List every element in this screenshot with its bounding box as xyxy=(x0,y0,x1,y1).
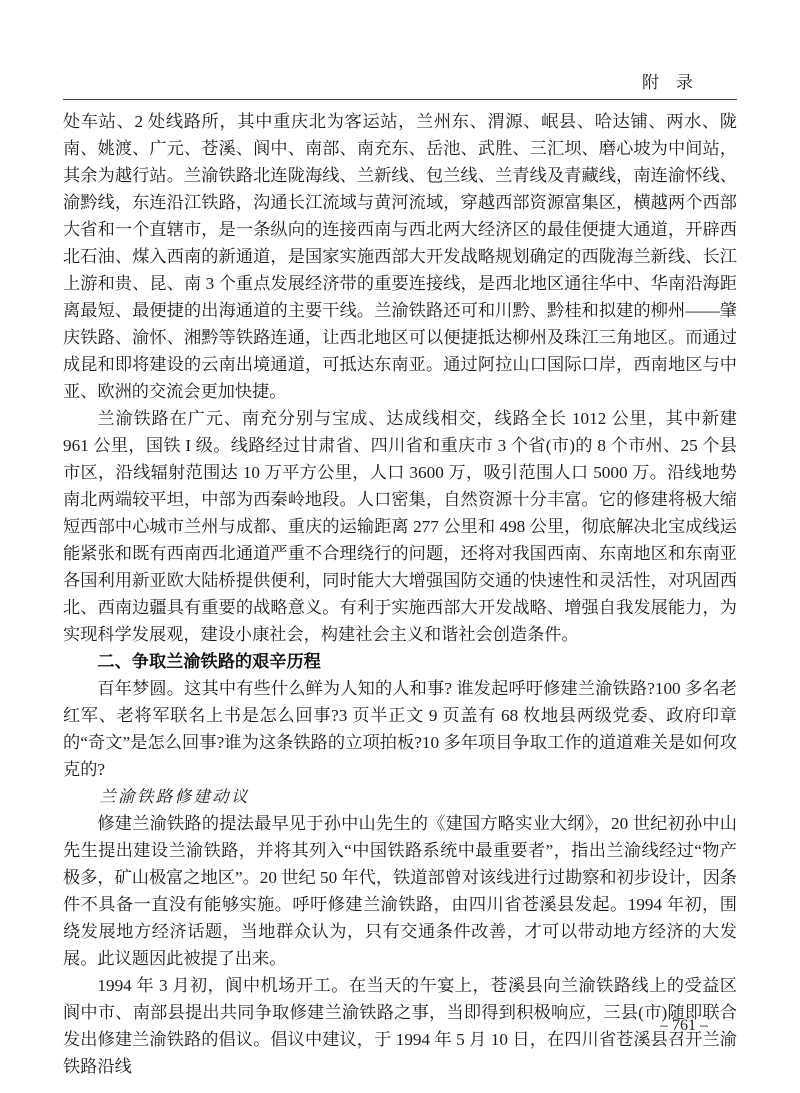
paragraph: 修建兰渝铁路的提法最早见于孙中山先生的《建国方略实业大纲》，20 世纪初孙中山先… xyxy=(63,810,737,972)
running-header-title: 附 录 xyxy=(642,73,693,92)
paragraph-continuation: 处车站、2 处线路所，其中重庆北为客运站，兰州东、渭源、岷县、哈达铺、两水、陇南… xyxy=(63,108,737,405)
paragraph: 兰渝铁路在广元、南充分别与宝成、达成线相交，线路全长 1012 公里，其中新建 … xyxy=(63,405,737,648)
document-page: 附 录 处车站、2 处线路所，其中重庆北为客运站，兰州东、渭源、岷县、哈达铺、两… xyxy=(0,0,800,1093)
page-content: 附 录 处车站、2 处线路所，其中重庆北为客运站，兰州东、渭源、岷县、哈达铺、两… xyxy=(63,0,737,1080)
paragraph: 百年梦圆。这其中有些什么鲜为人知的人和事? 谁发起呼吁修建兰渝铁路?100 多名… xyxy=(63,675,737,783)
page-number: – 761 – xyxy=(660,1012,708,1039)
running-header: 附 录 xyxy=(63,72,737,94)
subsection-heading: 兰渝铁路修建动议 xyxy=(63,783,737,810)
header-rule xyxy=(63,99,737,100)
section-heading: 二、争取兰渝铁路的艰辛历程 xyxy=(63,648,737,675)
paragraph: 1994 年 3 月初，阆中机场开工。在当天的午宴上，苍溪县向兰渝铁路线上的受益… xyxy=(63,972,737,1080)
page-body: 处车站、2 处线路所，其中重庆北为客运站，兰州东、渭源、岷县、哈达铺、两水、陇南… xyxy=(63,108,737,1080)
